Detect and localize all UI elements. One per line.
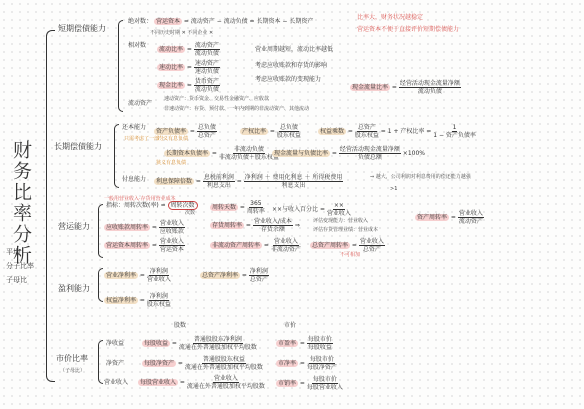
pb-ratio: 市净率 = 每股市价每股净资产 [276,356,337,371]
interest-note-2: >1 [390,186,397,192]
comment-quick: 考虑应收账款和存货的影响 [255,62,327,69]
inventory-eval-1: 评估变现能力：营业收入 [313,218,368,224]
bvps: 每股净资产 = 普通股股东权益流通在外普通股加权平均股数 [142,356,263,371]
liquid-asset-quick: 速动资产：货币资金、交易性金融资产、应收款 [164,96,269,102]
ratio-equity: 产权比率 = 总负债股东权益 [240,124,301,139]
red-note-1: 比率大，财务状况越稳定 [357,14,423,21]
market-col-price: 市价 [284,322,296,329]
ratio-asset-turnover: 资产周转率 = 营业收入流动资产 [415,210,484,225]
branch-operating: 营运能力 [58,222,90,231]
ps-ratio: 市销率 = 每股市价每股营业收入 [276,376,343,391]
ratio-total-asset-turnover: 总资产周转率 = 营业收入总资产 [310,238,385,253]
market-row-name-3: 营业收入 [104,379,128,386]
market-row-name-1: 净收益 [106,340,124,347]
branch-long-term: 长期偿债能力 [54,142,102,151]
ratio-cash-debt: 现金流量与负债比率 = 经营活动现金流量净额负债总额 ×100% [272,146,425,161]
liquid-assets-label: 流动资产 [128,100,152,107]
comment-current: 营业周期越短，流动比率越低 [255,46,333,53]
branch-short-term: 短期偿债能力 [58,24,106,33]
long-term-brace [114,124,119,188]
ratio-noncurrent-turnover: 非流动资产周转率 = 营业收入非流动资产 [210,238,301,253]
ratio-working-capital-turnover: 营运资本周转率 = 营业收入营运资本 [104,238,185,253]
pe-ratio: 市盈率 = 每股市价每股收益 [276,336,333,351]
sps: 每股营业收入 = 营业收入流通在外普通股加权平均股数 [138,375,265,390]
ratio-quick: 速动比率 = 速动资产速动负债 [157,60,220,75]
market-col-shares: 股数 [174,322,186,329]
side-note-2: 分子比率 [6,262,34,271]
ratio-roe: 权益净利率 = 净利润股东权益 [104,293,171,308]
operating-sub: 次数 [185,210,195,216]
ratio-inventory-turnover: 存货周转率 = 营业收入/成本存货余额 ⇒ [210,218,300,233]
market-row-name-2: 净资产 [106,360,124,367]
branch-profit: 盈利能力 [58,284,90,293]
ratio-long-debt: 长期资本负债率 = 非流动负债非流动负债＋股东权益 [164,146,279,161]
side-note-1: 平均 [6,248,20,257]
absolute-label: 绝对数： 营运资本 = 流动资产 − 流动负债 = 长期资本 − 长期资产 [128,18,313,25]
pct-of-revenue: ××与收入百分比 = ××营业收入 [272,202,351,217]
ratio-receivable-turnover: 应收账款周转率 = 营业收入应收账款 [104,220,185,235]
branch-market: 市价比率 [56,354,88,363]
operating-brace [98,204,103,258]
profit-brace [98,268,103,302]
tan-note-broad: 广义有息负债 [158,136,188,142]
ratio-equity-multiplier: 权益乘数 = 总资产股东权益 = 1 + 产权比率 = 11 − 资产负债率 [318,124,476,139]
interest-note: ⇒ 越大，公司利润对利息费用的偿还能力越强 [370,174,471,180]
ratio-net-margin: 营业净利率 = 净利润营业收入 [104,268,171,283]
main-brace [46,30,55,382]
ratio-cashflow: 现金流量比率 = 经营活动现金流量净额流动负债 [350,80,461,95]
ratio-current: 流动比率 = 流动资产流动负债 [157,42,220,57]
red-not-additive: 不可相加 [340,252,360,258]
comment-cash: 考虑应收账款的变现能力 [255,76,321,83]
eps: 每股收益 = 普通股股东净利润流通在外普通股加权平均股数 [142,336,257,351]
liquid-asset-nonquick: 非速动资产：存货、预付款、一年内到期的非流动资产、其他流动 [164,106,309,112]
ratio-interest-coverage: 利息保障倍数 = 息税前利润利息支出 = 净利润 ＋ 费用化利息 ＋ 所得税费用… [154,174,343,189]
ratio-roa: 总资产净利率 = 净利润总资产 [200,268,269,283]
term-working-capital: 营运资本 [154,18,182,25]
red-note-2: 营运资本不便于直接评价短期偿债能力 [357,26,459,33]
interest-label: 付息能力 [122,176,146,183]
turnover-days: 周转天数 = 365周转率 [210,200,265,215]
ratio-cash: 现金比率 = 货币资产流动负债 [157,78,220,93]
market-sub: （子母比） [60,368,85,374]
relative-label: 相对数 [128,42,146,49]
market-brace [98,340,103,384]
inventory-eval-2: 评估存货管理业绩：营业成本 [313,227,378,233]
tan-note-narrow: 狭义有息负债 [156,160,186,166]
absolute-note: 不同历史时期 ✕ 不同企业 ✕ [150,30,213,36]
operating-general: 指标：周转次数(率) = 周转次数 [106,202,198,209]
repay-label: 还本能力 [122,124,146,131]
short-term-brace [118,20,123,112]
side-note-3: 子母比 [6,276,27,285]
